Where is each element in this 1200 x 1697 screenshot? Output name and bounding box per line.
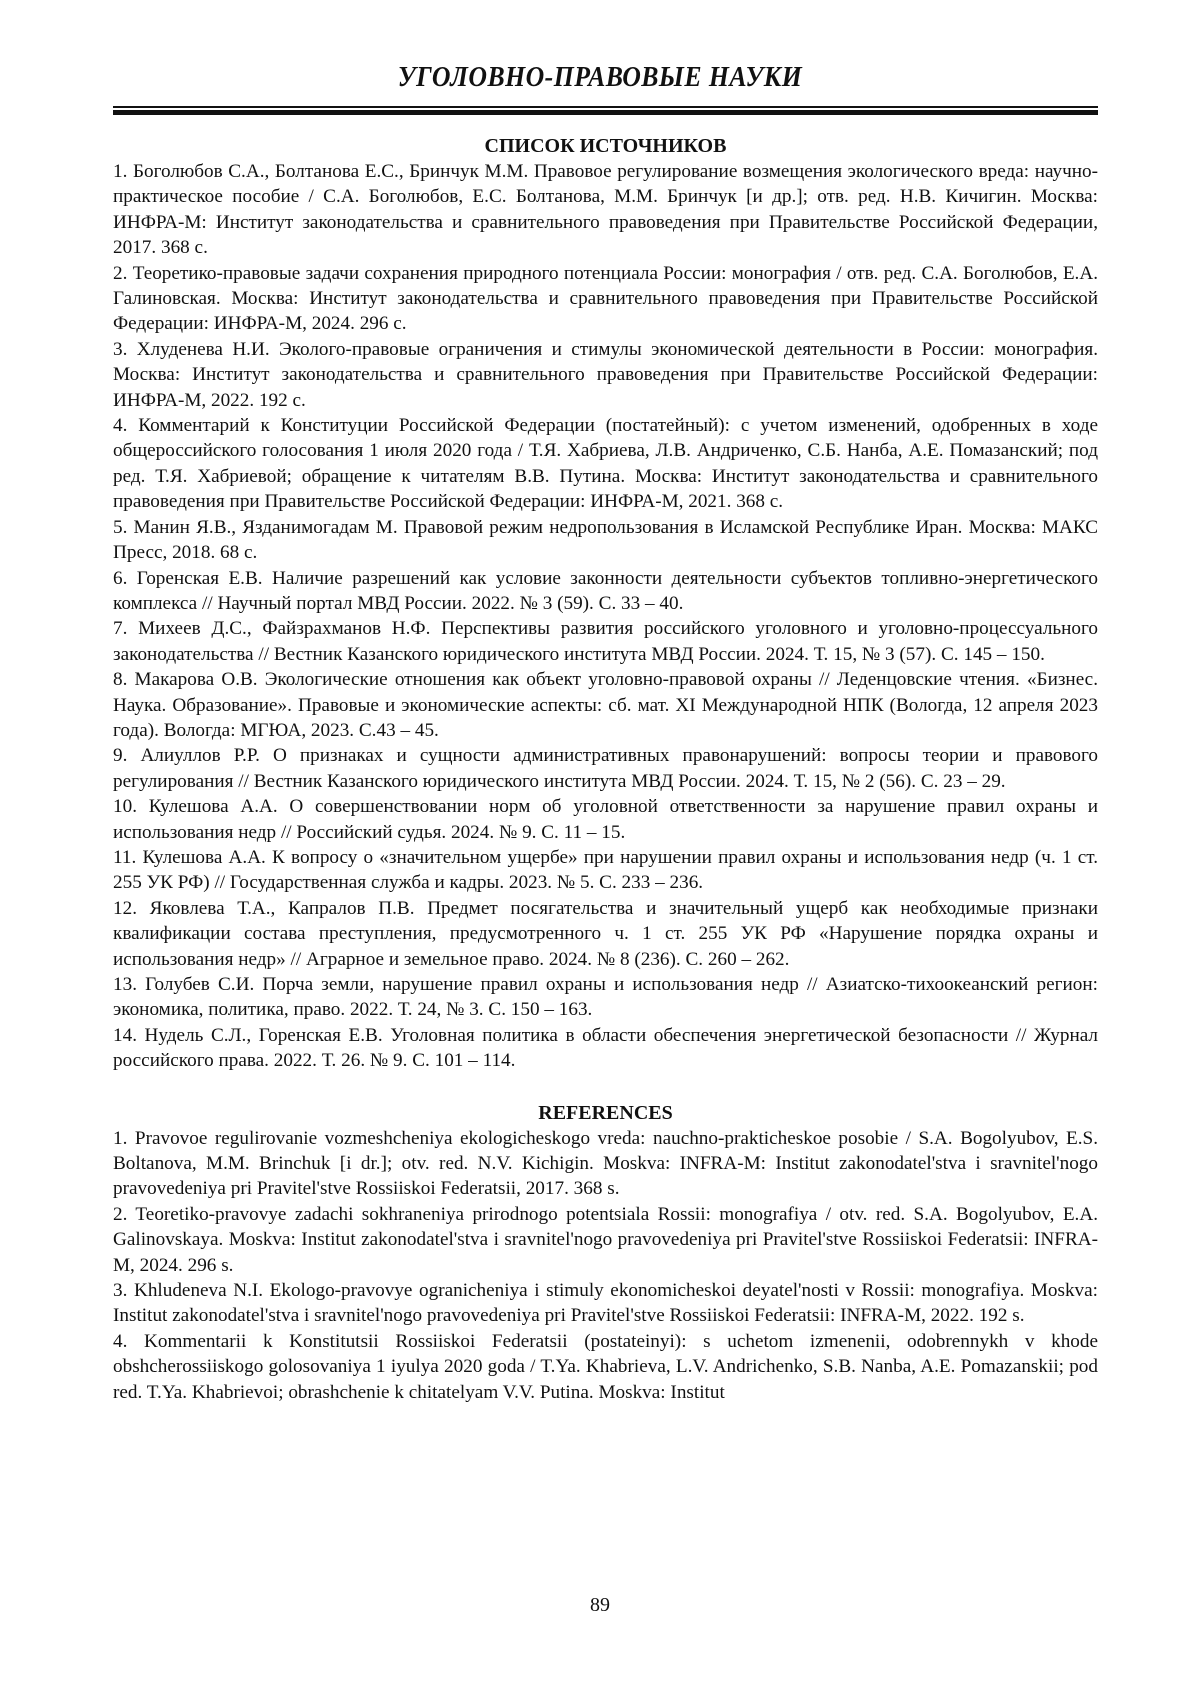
- references-list: 1. Pravovoe regulirovanie vozmeshcheniya…: [113, 1126, 1098, 1405]
- reference-entry: 14. Нудель С.Л., Горенская Е.В. Уголовна…: [113, 1023, 1098, 1074]
- reference-entry: 6. Горенская Е.В. Наличие разрешений как…: [113, 566, 1098, 617]
- reference-entry: 7. Михеев Д.С., Файзрахманов Н.Ф. Перспе…: [113, 616, 1098, 667]
- reference-entry: 4. Kommentarii k Konstitutsii Rossiiskoi…: [113, 1329, 1098, 1405]
- page-body: СПИСОК ИСТОЧНИКОВ 1. Боголюбов С.А., Бол…: [113, 133, 1098, 1405]
- header-rule-thin: [113, 106, 1098, 108]
- reference-entry: 1. Боголюбов С.А., Болтанова Е.С., Бринч…: [113, 159, 1098, 261]
- sources-list: 1. Боголюбов С.А., Болтанова Е.С., Бринч…: [113, 159, 1098, 1074]
- reference-entry: 13. Голубев С.И. Порча земли, нарушение …: [113, 972, 1098, 1023]
- reference-entry: 3. Хлуденева Н.И. Эколого-правовые огран…: [113, 337, 1098, 413]
- reference-entry: 11. Кулешова А.А. К вопросу о «значитель…: [113, 845, 1098, 896]
- reference-entry: 5. Манин Я.В., Язданимогадам М. Правовой…: [113, 515, 1098, 566]
- reference-entry: 4. Комментарий к Конституции Российской …: [113, 413, 1098, 515]
- reference-entry: 2. Теоретико-правовые задачи сохранения …: [113, 261, 1098, 337]
- journal-section-title: УГОЛОВНО-ПРАВОВЫЕ НАУКИ: [48, 62, 1152, 94]
- reference-entry: 3. Khludeneva N.I. Ekologo-pravovye ogra…: [113, 1278, 1098, 1329]
- reference-entry: 2. Teoretiko-pravovye zadachi sokhraneni…: [113, 1202, 1098, 1278]
- references-heading: REFERENCES: [113, 1100, 1098, 1126]
- sources-heading: СПИСОК ИСТОЧНИКОВ: [113, 133, 1098, 159]
- reference-entry: 9. Алиуллов Р.Р. О признаках и сущности …: [113, 743, 1098, 794]
- reference-entry: 8. Макарова О.В. Экологические отношения…: [113, 667, 1098, 743]
- reference-entry: 1. Pravovoe regulirovanie vozmeshcheniya…: [113, 1126, 1098, 1202]
- section-spacer: [113, 1074, 1098, 1100]
- page-number: 89: [0, 1594, 1200, 1617]
- reference-entry: 12. Яковлева Т.А., Капралов П.В. Предмет…: [113, 896, 1098, 972]
- reference-entry: 10. Кулешова А.А. О совершенствовании но…: [113, 794, 1098, 845]
- header-rule-thick: [113, 110, 1098, 115]
